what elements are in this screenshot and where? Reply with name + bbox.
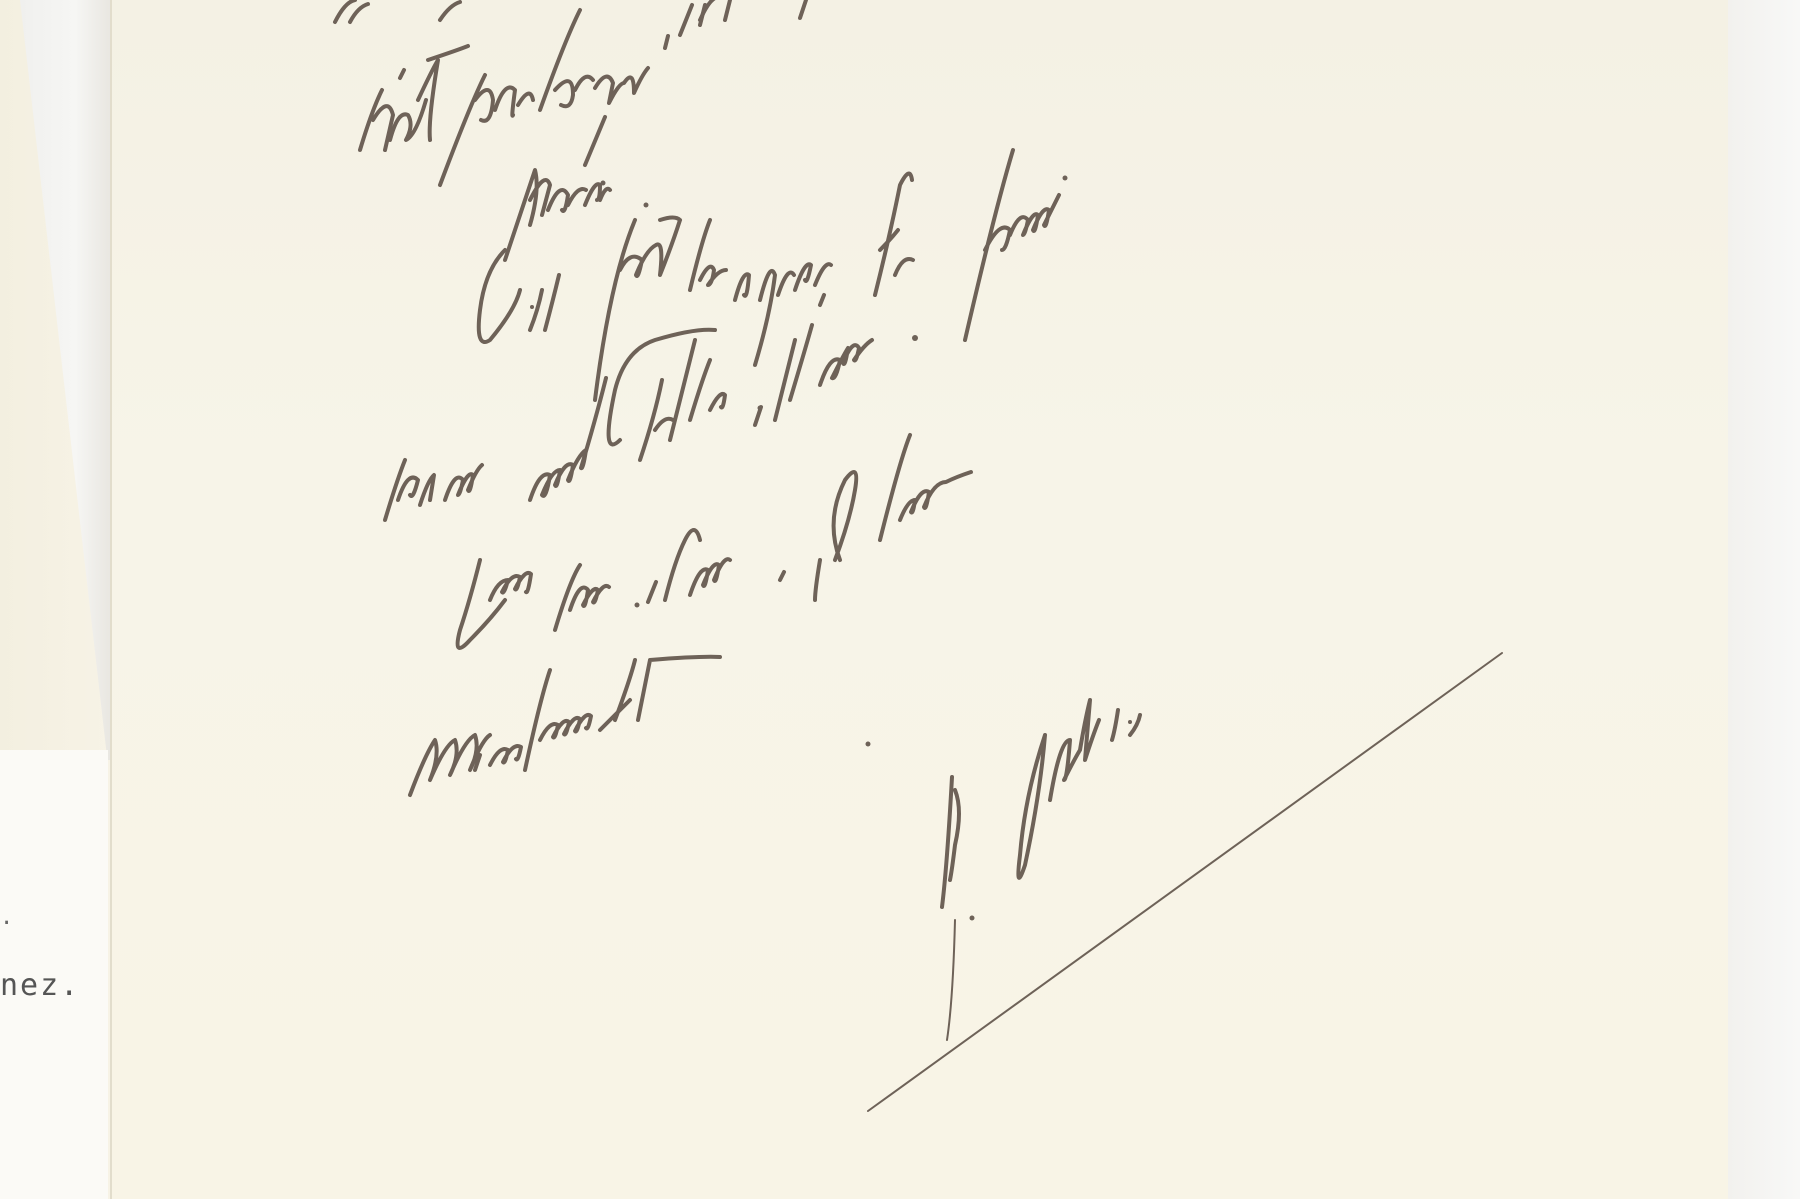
- handwriting-line-6: [410, 657, 871, 795]
- handwriting-line-3: [479, 150, 1068, 400]
- signature-strokes: [942, 700, 1140, 1040]
- handwriting-line-4: [385, 325, 918, 520]
- handwriting-line-5: [458, 435, 971, 648]
- signature-flourish-line: [868, 653, 1502, 1111]
- handwriting-line-0: [335, 0, 806, 22]
- handwriting-line-1: [360, 5, 705, 185]
- handwriting-strokes: [0, 0, 1800, 1199]
